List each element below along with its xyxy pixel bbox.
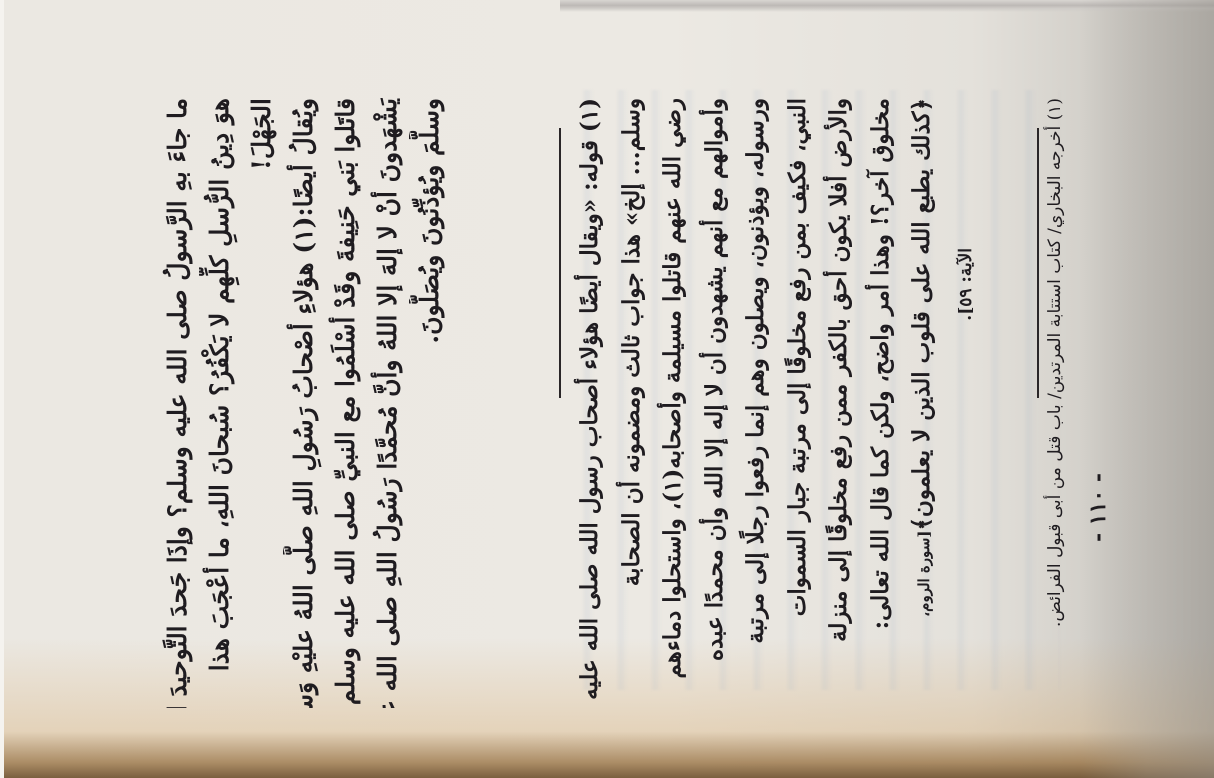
footnote-divider — [559, 128, 561, 398]
quran-verse-line: ﴿كذلك يطبع الله على قلوب الذين لا يعلمون… — [901, 98, 946, 708]
main-text-line: هوَ دِينُ الرُّسلِ كلِّهِم لا يَكْفُرُ؟ … — [199, 98, 241, 708]
commentary-line: وأموالهم مع أنهم يشهدون أن لا إله إلا ال… — [694, 98, 736, 708]
verse-reference: الآية: ٥٩]. — [946, 98, 988, 708]
main-text-line: ما جاءَ بهِ الرَّسولُ صلى الله عليه وسلم… — [157, 98, 199, 708]
main-text-line: ويُقالُ أيضًا:(١) هؤلاءِ أصْحابُ رَسُولِ… — [283, 98, 325, 708]
main-text-line: يَشْهَدونَ أنْ لا إلهَ إلا اللهُ وأنَّ م… — [367, 98, 409, 708]
page-left-edge — [0, 0, 4, 778]
commentary-footnote-block: (١) قوله: «ويقال أيضًا هؤلاء أصحاب رسول … — [569, 98, 987, 708]
main-text-line: قاتَلوا بَني حَنِيفةَ وقَدْ أسْلَمُوا مع… — [325, 98, 367, 708]
main-text-line: الجَهْلَ! — [241, 98, 283, 708]
commentary-line: وسلم... إلخ» هذا جواب ثالث ومضمونه أن ال… — [611, 98, 653, 708]
commentary-line: مخلوق آخر؟! وهذا أمر واضح، ولكن كما قال … — [860, 98, 902, 708]
commentary-line: (١) قوله: «ويقال أيضًا هؤلاء أصحاب رسول … — [569, 98, 611, 708]
page-number: - ١١٠ - — [1085, 473, 1111, 542]
commentary-line: ورسوله، ويؤذنون، ويصلون وهم إنما رفعوا ر… — [735, 98, 777, 708]
bottom-footnote-divider — [1037, 128, 1039, 398]
book-page-photo: ما جاءَ بهِ الرَّسولُ صلى الله عليه وسلم… — [0, 0, 1214, 778]
commentary-line: النبي، فكيف بمن رفع مخلوقًا إلى مرتبة جب… — [777, 98, 819, 708]
quran-source: [سورة الروم، — [915, 531, 933, 617]
bottom-footnote: (١) أخرجه البخاري/ كتاب استتابة المرتدين… — [1045, 98, 1065, 627]
main-text-block: ما جاءَ بهِ الرَّسولُ صلى الله عليه وسلم… — [157, 98, 451, 708]
commentary-line: رضي الله عنهم قاتلوا مسيلمة وأصحابه(١)، … — [652, 98, 694, 708]
quran-verse: ﴿كذلك يطبع الله على قلوب الذين لا يعلمون… — [908, 98, 935, 531]
commentary-line: والأرض أفلا يكون أحق بالكفر ممن رفع مخلو… — [818, 98, 860, 708]
rotated-page-content: ما جاءَ بهِ الرَّسولُ صلى الله عليه وسلم… — [157, 88, 1117, 728]
main-text-line: وسلَّمَ ويُؤذِّنُونَ ويُصَلُّونَ. — [409, 98, 451, 708]
